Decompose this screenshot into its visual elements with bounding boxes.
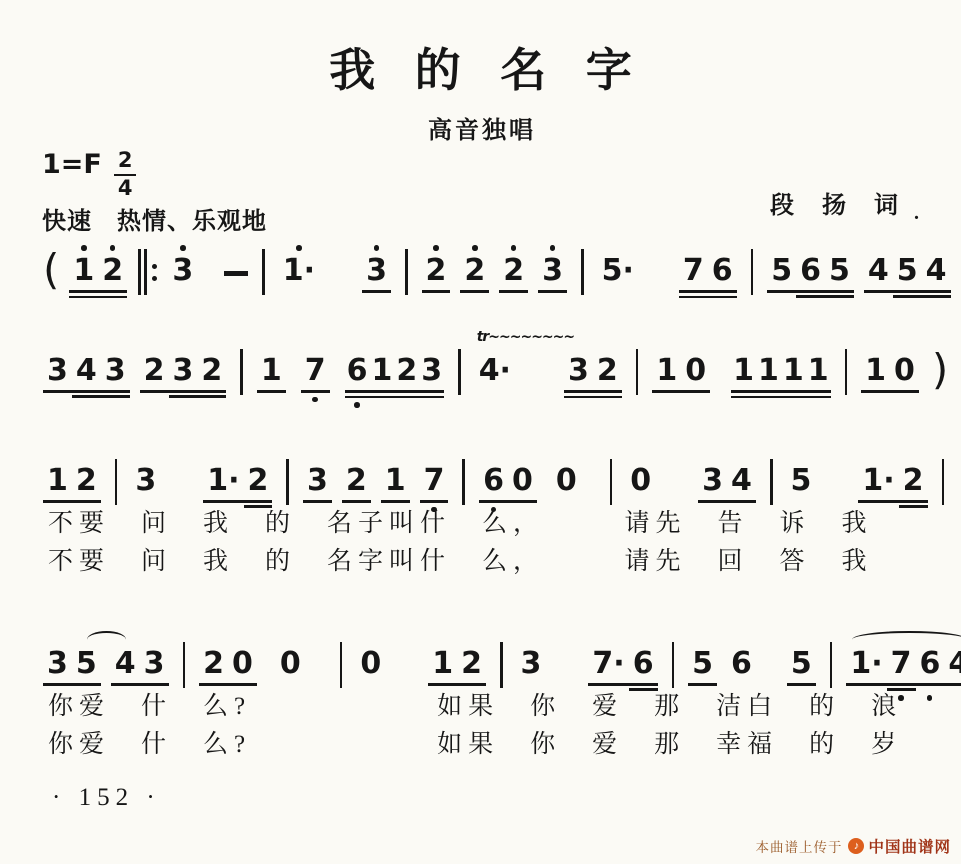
underline (460, 290, 489, 293)
barline (672, 642, 675, 688)
octave-dot-below: 6 (916, 693, 945, 702)
note: 2 (98, 245, 127, 287)
note-number: 4· (479, 354, 511, 387)
slur-arc (87, 631, 126, 648)
sub-underline: 2 (140, 395, 169, 398)
barline (610, 459, 613, 505)
sub-underline: 6 (796, 295, 825, 298)
barline (751, 249, 754, 295)
note-number: 5 (76, 647, 97, 680)
note-token: 0 (356, 638, 385, 680)
note: 1 (69, 245, 98, 287)
note: 2 (593, 345, 622, 387)
note: 6 (629, 638, 658, 680)
note-number: 6 (800, 254, 821, 287)
note-token: 3 (538, 245, 567, 293)
note: 1· (858, 455, 898, 497)
barline (240, 349, 243, 395)
note-number: 2 (248, 464, 269, 497)
note-number: 3 (421, 354, 442, 387)
note: 5 (893, 245, 922, 287)
beam-group: 12 (43, 455, 101, 503)
note-number: 2 (201, 354, 222, 387)
beam-group: 34 (698, 455, 756, 503)
beam-group: 1111 (731, 345, 831, 398)
note-number: 0 (685, 354, 706, 387)
note-number: 4 (948, 647, 961, 680)
beam-group: 565565 (767, 245, 854, 298)
repeat-sign (138, 249, 157, 295)
note: 4 (72, 345, 101, 387)
note-number: 3 (47, 647, 68, 680)
note: 3 (43, 638, 72, 680)
note: 2 (899, 455, 928, 497)
underline (767, 290, 854, 293)
parenthesis: ( (43, 247, 59, 293)
lyrics-verse1-row1: 不要 问 我 的 名子叫什 么， 请先 告 诉 我 (48, 503, 873, 539)
sub-underline: 5 (893, 295, 922, 298)
slur-arc (852, 631, 961, 648)
lyricist-credit: 段 扬 词. (770, 185, 921, 225)
rest-note: 0 (356, 638, 385, 680)
note-number: 1 (385, 464, 406, 497)
sub-underline: 2 (899, 505, 928, 508)
watermark-uploaded-text: 本曲谱上传于 (755, 836, 842, 856)
note: 2 (140, 345, 169, 387)
underline (538, 290, 567, 293)
note-number: 7 (891, 647, 912, 680)
note-number: 1· (862, 464, 894, 497)
song-title: 我 的 名 字 (0, 34, 961, 100)
note-number: 1 (758, 354, 779, 387)
underline (499, 290, 528, 293)
note: 3 (698, 455, 727, 497)
note: 6 (708, 245, 737, 287)
note-number: 3 (47, 354, 68, 387)
barline (845, 349, 848, 395)
note-number: 2 (144, 354, 165, 387)
note-token: 3 (362, 245, 391, 293)
note-number: 7· (592, 647, 624, 680)
barline (405, 249, 408, 295)
barline (115, 459, 118, 505)
note: 1 (381, 455, 410, 497)
underline (69, 296, 127, 299)
underline (864, 290, 951, 293)
note-number: 4 (731, 464, 752, 497)
barline (942, 459, 945, 505)
note: 2 (342, 455, 371, 497)
note: 3 (419, 345, 444, 387)
note-number: 3 (542, 254, 563, 287)
dash-extension (224, 271, 248, 276)
note: 2 (197, 345, 226, 387)
note-token: 1· (279, 245, 319, 287)
rest-note: 0 (681, 345, 710, 387)
rest-note: 0 (276, 638, 305, 680)
rest-note: 0 (228, 638, 257, 680)
note-token: 6 (727, 638, 756, 680)
note-number: 1 (808, 354, 829, 387)
credit-mark: . (914, 202, 921, 224)
note-number: 5 (791, 464, 812, 497)
barline (770, 459, 773, 505)
note: 1 (369, 345, 394, 387)
note: 2 (394, 345, 419, 387)
beam-group: 61236123 (345, 345, 445, 409)
note-token: 5 (688, 638, 717, 686)
note-token: 2 (342, 455, 371, 503)
note-number: 4 (115, 647, 136, 680)
note: 3 (303, 455, 332, 497)
note: 1 (781, 345, 806, 387)
note-number: 1 (656, 354, 677, 387)
note-number: 6 (920, 647, 941, 680)
tempo-marking: 快速 热情、乐观地 (42, 201, 267, 236)
note: 1 (861, 345, 890, 387)
note-number: 0 (360, 647, 381, 680)
note: 1 (257, 345, 286, 387)
note-number: 0 (512, 464, 533, 497)
note: 1 (806, 345, 831, 387)
note-number: 6 (633, 647, 654, 680)
underline (679, 290, 737, 293)
note-token: 2 (499, 245, 528, 293)
parenthesis: ) (932, 347, 948, 393)
sub-underline: 4 (864, 295, 893, 298)
sub-underline: 3 (169, 395, 198, 398)
note-token: 4·tr~~~~~~~~ (475, 345, 515, 387)
note: 2 (460, 245, 489, 287)
underline (69, 290, 127, 293)
note-number: 2 (203, 647, 224, 680)
note: 5 (825, 245, 854, 287)
octave-dot-below: 4 (944, 693, 961, 702)
note: 3 (131, 455, 160, 497)
barline (340, 642, 343, 688)
note-number: 5 (791, 647, 812, 680)
note-token: 2 (422, 245, 451, 293)
sub-underline: 4 (72, 395, 101, 398)
lyrics-verse2-row1: 不要 问 我 的 名字叫什 么， 请先 回 答 我 (48, 541, 873, 577)
underline (257, 390, 286, 393)
note: 7 (420, 455, 449, 497)
underline (731, 396, 831, 399)
note: 6 (479, 455, 508, 497)
note-number: 1· (207, 464, 239, 497)
note-number: 1 (865, 354, 886, 387)
note-token: 5 (787, 638, 816, 686)
underline (861, 390, 919, 393)
note: 6 (796, 245, 825, 287)
note-number: 0 (232, 647, 253, 680)
barline (581, 249, 584, 295)
octave-dot-below: 2 (394, 400, 419, 409)
note: 2 (457, 638, 486, 680)
beam-group: 20 (199, 638, 257, 686)
note-number: 4 (868, 254, 889, 287)
note-number: 2 (503, 254, 524, 287)
underline (140, 390, 227, 393)
note: 4 (864, 245, 893, 287)
note: 3 (362, 245, 391, 287)
note-token: 3 (303, 455, 332, 503)
note-number: 6 (712, 254, 733, 287)
note: 3 (517, 638, 546, 680)
note-number: 1 (47, 464, 68, 497)
note: 1 (652, 345, 681, 387)
beam-group: 1·21·2 (858, 455, 927, 508)
notation-line-2: 343343232232177612361234·tr~~~~~~~~32101… (38, 345, 953, 409)
note-token: 1 (257, 345, 286, 393)
sheet-music-page: 我 的 名 字 高音独唱 1=F 2 4 快速 热情、乐观地 段 扬 词. (1… (0, 0, 961, 864)
beam-group: 10 (652, 345, 710, 393)
key-signature: 1=F (42, 150, 102, 180)
note-number: 1 (371, 354, 392, 387)
note-number: 3 (307, 464, 328, 497)
note-number: 4 (926, 254, 947, 287)
sub-underline: 4 (944, 688, 961, 691)
notation-line-1: (1231·322235·76565565454454 (38, 245, 961, 298)
note-number: 1· (283, 254, 315, 287)
barline (830, 642, 833, 688)
note-number: 0 (894, 354, 915, 387)
octave-dot-below: 1 (369, 400, 394, 409)
note: 1 (756, 345, 781, 387)
meter-denominator: 4 (118, 176, 133, 199)
lyrics-verse1-row2: 你爱 什 么? 如果 你 爱 那 洁白 的 浪 (48, 686, 902, 722)
beam-group: 10 (861, 345, 919, 393)
note: 2 (244, 455, 273, 497)
barline (636, 349, 639, 395)
note-number: 2 (76, 464, 97, 497)
note-number: 4 (76, 354, 97, 387)
note: 1 (731, 345, 756, 387)
note-token: 0 (626, 455, 655, 497)
underline (731, 390, 831, 393)
note-number: 3 (173, 354, 194, 387)
note-number: 1 (73, 254, 94, 287)
sub-underline: 3 (43, 395, 72, 398)
note-number: 3 (144, 647, 165, 680)
barline (183, 642, 186, 688)
note: 3 (538, 245, 567, 287)
watermark: 本曲谱上传于 ♪ 中国曲谱网 (755, 835, 951, 857)
note-number: 5 (829, 254, 850, 287)
note: 5 (787, 455, 816, 497)
sub-underline: 6 (916, 688, 945, 691)
note-number: 5 (897, 254, 918, 287)
note: 2 (499, 245, 528, 287)
note-number: 2 (426, 254, 447, 287)
sub-underline: 5 (767, 295, 796, 298)
barline (262, 249, 265, 295)
beam-group: 32 (564, 345, 622, 398)
note-number: 2 (396, 354, 417, 387)
note: 2 (199, 638, 228, 680)
beam-group: 343343 (43, 345, 130, 398)
note: 3 (168, 245, 197, 287)
note-number: 3 (135, 464, 156, 497)
beam-group: 232232 (140, 345, 227, 398)
rest-note: 0 (552, 455, 581, 497)
note: 6 (727, 638, 756, 680)
note-token: 0 (552, 455, 581, 497)
note-number: 3 (366, 254, 387, 287)
note: 7 (679, 245, 708, 287)
note: 1 (428, 638, 457, 680)
note: 1 (43, 455, 72, 497)
note-number: 3 (172, 254, 193, 287)
beam-group: 7·67·6 (588, 638, 657, 691)
beam-group: 76 (679, 245, 737, 298)
note: 3 (140, 638, 169, 680)
note-number: 3 (568, 354, 589, 387)
note: 5· (598, 245, 638, 287)
note-number: 3 (702, 464, 723, 497)
note-token: 77 (301, 345, 330, 404)
rest-note: 0 (626, 455, 655, 497)
note-token: 3 (517, 638, 546, 680)
note: 5 (688, 638, 717, 680)
note-number: 3 (105, 354, 126, 387)
underline (422, 290, 451, 293)
note-number: 3 (521, 647, 542, 680)
note-number: 2 (597, 354, 618, 387)
beam-group: 12 (428, 638, 486, 686)
note-token: 3 (168, 245, 197, 287)
lyrics-verse2-row2: 你爱 什 么? 如果 你 爱 那 幸福 的 岁 (48, 724, 902, 760)
beam-group: 1·21·2 (203, 455, 272, 508)
note-number: 5· (602, 254, 634, 287)
note-number: 5 (692, 647, 713, 680)
note-number: 6 (347, 354, 368, 387)
octave-dot-below: 6 (345, 400, 370, 409)
note-number: 5 (771, 254, 792, 287)
sub-underline: 3 (101, 395, 130, 398)
note: 1· (279, 245, 319, 287)
rest-note: 0 (508, 455, 537, 497)
underline (652, 390, 710, 393)
watermark-site-name: 中国曲谱网 (868, 835, 951, 857)
rest-note: 0 (890, 345, 919, 387)
note-number: 2 (464, 254, 485, 287)
underline (301, 390, 330, 393)
note-number: 6 (731, 647, 752, 680)
meter-numerator: 2 (114, 150, 137, 176)
note: 7 (301, 345, 330, 387)
underline (43, 390, 130, 393)
underline (679, 296, 737, 299)
note-token: 5· (598, 245, 638, 287)
note-number: 2 (102, 254, 123, 287)
underline (345, 396, 445, 399)
note: 2 (422, 245, 451, 287)
note-number: 7 (424, 464, 445, 497)
note: 3 (169, 345, 198, 387)
key-and-meter: 1=F 2 4 (42, 150, 136, 199)
sub-underline: 2 (197, 395, 226, 398)
note: 1· (203, 455, 243, 497)
note-token: 5 (787, 455, 816, 497)
underline (345, 390, 445, 393)
note-number: 2 (461, 647, 482, 680)
note-number: 0 (280, 647, 301, 680)
note-number: 1 (783, 354, 804, 387)
note-number: 0 (556, 464, 577, 497)
note: 4 (922, 245, 951, 287)
note-number: 2 (903, 464, 924, 497)
note-number: 1· (850, 647, 882, 680)
note: 3 (101, 345, 130, 387)
music-note-icon: ♪ (848, 838, 864, 854)
sub-underline: 4 (922, 295, 951, 298)
note-token: 1 (381, 455, 410, 503)
underline (564, 390, 622, 393)
note: 7· (588, 638, 628, 680)
note-token: 0 (276, 638, 305, 680)
underline (362, 290, 391, 293)
note-number: 7 (305, 354, 326, 387)
note: 5 (767, 245, 796, 287)
note: 4 (727, 455, 756, 497)
beam-group: 454454 (864, 245, 951, 298)
note-number: 1 (261, 354, 282, 387)
barline (500, 642, 503, 688)
barline (458, 349, 461, 395)
trill-mark: tr~~~~~~~~ (477, 330, 574, 344)
beam-group: 12 (69, 245, 127, 298)
note: 6 (345, 345, 370, 387)
note-number: 0 (630, 464, 651, 497)
note: 3 (43, 345, 72, 387)
lyricist-name: 段 扬 词 (770, 193, 900, 219)
barline (286, 459, 289, 505)
note-number: 1 (432, 647, 453, 680)
page-number: · 152 · (52, 784, 161, 812)
note-number: 7 (683, 254, 704, 287)
underline (564, 396, 622, 399)
note-token: 2 (460, 245, 489, 293)
note: 5 (787, 638, 816, 680)
time-signature: 2 4 (114, 150, 137, 199)
note-number: 6 (483, 464, 504, 497)
octave-dot-below: 3 (419, 400, 444, 409)
song-subtitle: 高音独唱 (0, 110, 961, 145)
note: 2 (72, 455, 101, 497)
note: 4·tr~~~~~~~~ (475, 345, 515, 387)
barline (462, 459, 465, 505)
sub-underline: 5 (825, 295, 854, 298)
note: 3 (564, 345, 593, 387)
note-token: 3 (131, 455, 160, 497)
note-number: 1 (733, 354, 754, 387)
octave-dot-below: 7 (301, 395, 330, 404)
note-number: 2 (346, 464, 367, 497)
